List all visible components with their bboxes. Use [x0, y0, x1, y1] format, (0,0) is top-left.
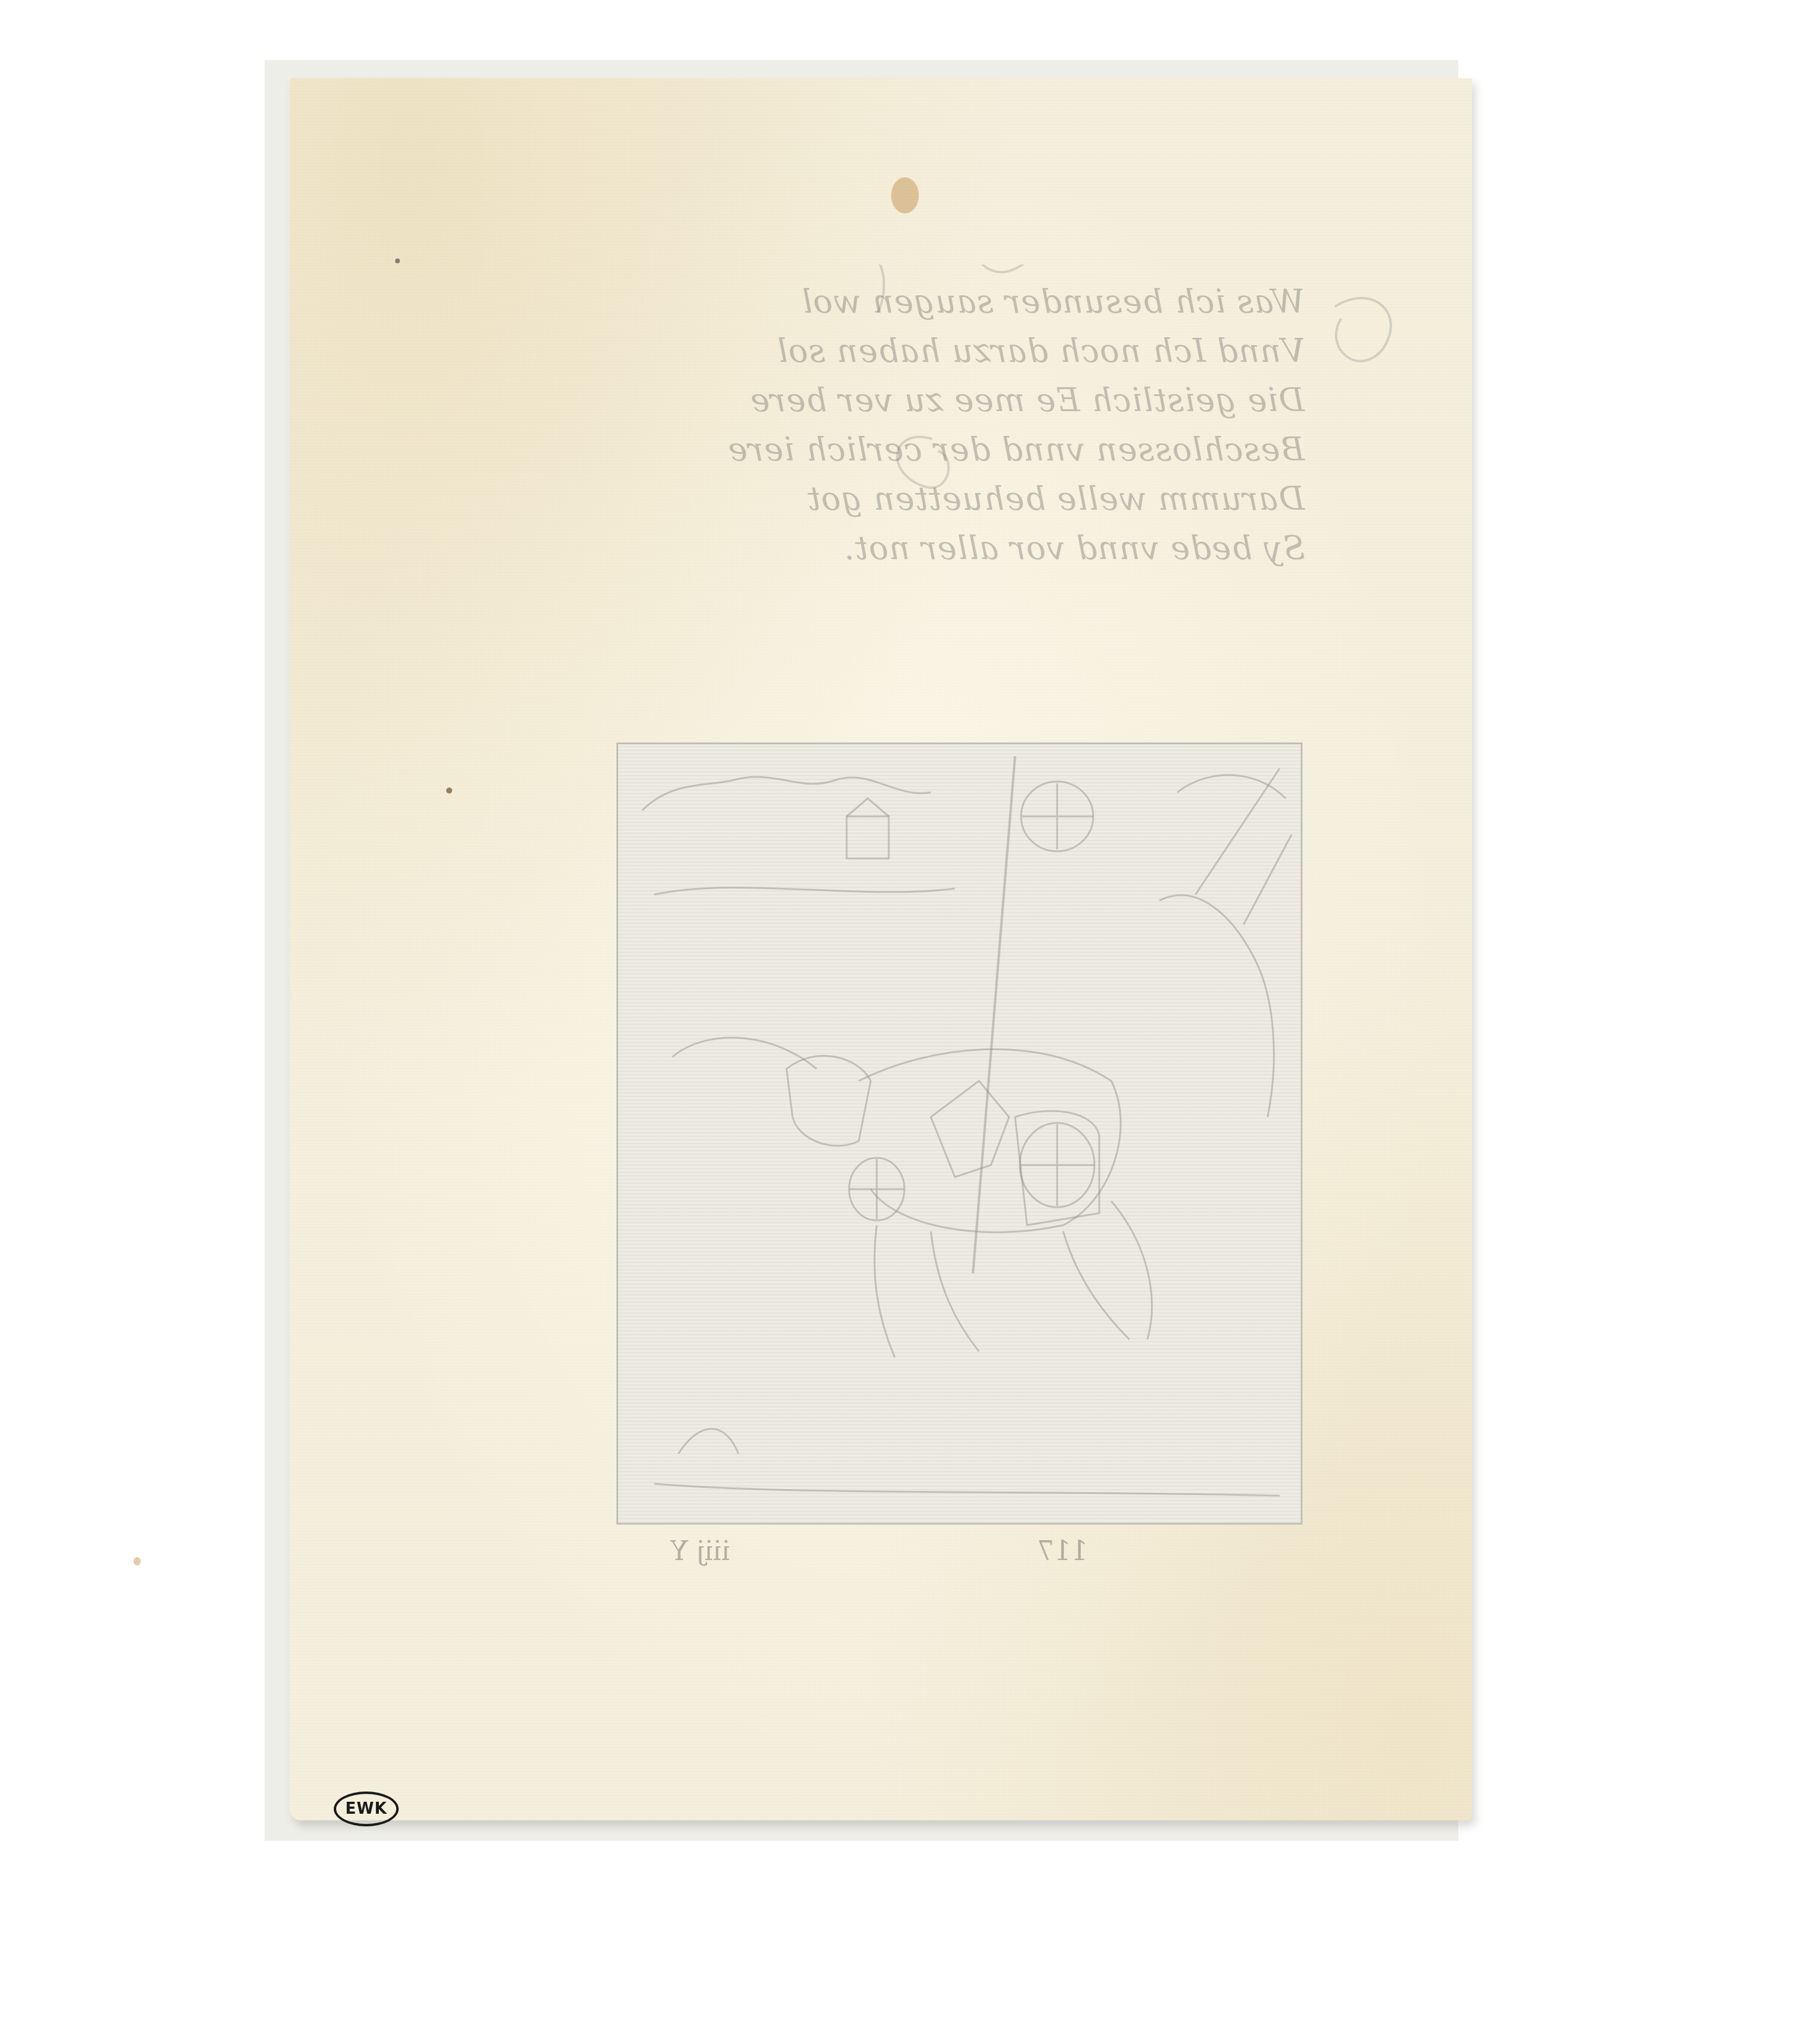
stain — [446, 788, 452, 794]
stain — [133, 1557, 141, 1565]
collector-stamp: EWK — [334, 1792, 399, 1826]
signature-mark: iiij Y — [670, 1536, 730, 1567]
verse-line: Sy bede vnnd vor aller not. — [844, 529, 1305, 567]
verse-line: Die geistlich Ee mee zu ver bere — [750, 381, 1305, 419]
woodcut-illustration — [616, 742, 1302, 1525]
verse-line: Darumm welle behuetten got — [807, 480, 1305, 518]
stain — [891, 177, 919, 213]
verse-line: Vnnd Ich noch darzu haben sol — [777, 332, 1305, 370]
page-number: 117 — [1037, 1536, 1088, 1567]
knight-on-horseback-icon — [618, 744, 1301, 1523]
stain — [395, 259, 400, 263]
verse-line: Beschlossen vnnd der cerlich iere — [728, 430, 1305, 468]
verse-line: Was ich besunder saugen wol — [802, 283, 1305, 320]
mirrored-verse-block: Was ich besunder saugen wol Vnnd Ich noc… — [866, 265, 1395, 601]
